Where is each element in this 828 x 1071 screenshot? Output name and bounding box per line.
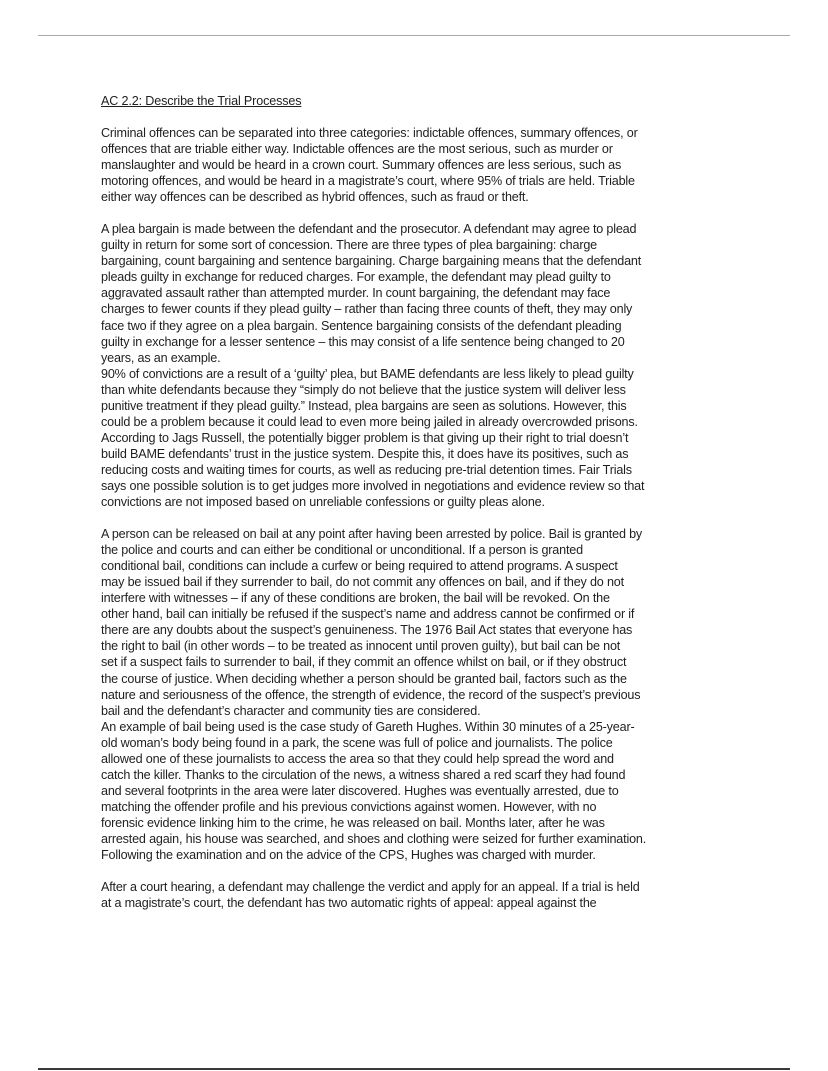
text-line: set if a suspect fails to surrender to b… — [101, 654, 741, 670]
text-line: may be issued bail if they surrender to … — [101, 574, 741, 590]
text-line: convictions are not imposed based on unr… — [101, 494, 741, 510]
paragraph-plea-bargain: A plea bargain is made between the defen… — [101, 221, 741, 365]
text-line: forensic evidence linking him to the cri… — [101, 815, 741, 831]
text-line: either way offences can be described as … — [101, 189, 741, 205]
text-line: guilty in return for some sort of conces… — [101, 237, 741, 253]
text-line: offences that are triable either way. In… — [101, 141, 741, 157]
text-line: there are any doubts about the suspect’s… — [101, 622, 741, 638]
text-line: says one possible solution is to get jud… — [101, 478, 741, 494]
text-line: nature and seriousness of the offence, t… — [101, 687, 741, 703]
text-line: catch the killer. Thanks to the circulat… — [101, 767, 741, 783]
text-line: A plea bargain is made between the defen… — [101, 221, 741, 237]
text-line: bail and the defendant’s character and c… — [101, 703, 741, 719]
text-line: aggravated assault rather than attempted… — [101, 285, 741, 301]
document-body: AC 2.2: Describe the Trial Processes Cri… — [101, 93, 741, 911]
text-line: After a court hearing, a defendant may c… — [101, 879, 741, 895]
text-line: manslaughter and would be heard in a cro… — [101, 157, 741, 173]
text-line: other hand, bail can initially be refuse… — [101, 606, 741, 622]
paragraph-case-study: An example of bail being used is the cas… — [101, 719, 741, 863]
paragraph-guilty-pleas: 90% of convictions are a result of a ‘gu… — [101, 366, 741, 510]
text-line: interfere with witnesses – if any of the… — [101, 590, 741, 606]
paragraph-bail: A person can be released on bail at any … — [101, 526, 741, 719]
page-top-rule — [38, 35, 790, 36]
text-line: than white defendants because they “simp… — [101, 382, 741, 398]
paragraph-spacer — [101, 205, 741, 221]
text-line: According to Jags Russell, the potential… — [101, 430, 741, 446]
paragraph-spacer — [101, 863, 741, 879]
text-line: A person can be released on bail at any … — [101, 526, 741, 542]
text-line: at a magistrate’s court, the defendant h… — [101, 895, 741, 911]
text-line: conditional bail, conditions can include… — [101, 558, 741, 574]
text-line: the right to bail (in other words – to b… — [101, 638, 741, 654]
text-line: bargaining, count bargaining and sentenc… — [101, 253, 741, 269]
text-line: allowed one of these journalists to acce… — [101, 751, 741, 767]
page-bottom-rule — [38, 1068, 790, 1070]
text-line: old woman’s body being found in a park, … — [101, 735, 741, 751]
text-line: pleads guilty in exchange for reduced ch… — [101, 269, 741, 285]
text-line: the course of justice. When deciding whe… — [101, 671, 741, 687]
text-line: charges to fewer counts if they plead gu… — [101, 301, 741, 317]
paragraph-spacer — [101, 510, 741, 526]
paragraph-offence-categories: Criminal offences can be separated into … — [101, 125, 741, 205]
text-line: arrested again, his house was searched, … — [101, 831, 741, 847]
text-line: punitive treatment if they plead guilty.… — [101, 398, 741, 414]
text-line: Following the examination and on the adv… — [101, 847, 741, 863]
document-title: AC 2.2: Describe the Trial Processes — [101, 93, 741, 109]
text-line: matching the offender profile and his pr… — [101, 799, 741, 815]
text-line: face two if they agree on a plea bargain… — [101, 318, 741, 334]
text-line: years, as an example. — [101, 350, 741, 366]
text-line: and several footprints in the area were … — [101, 783, 741, 799]
text-line: guilty in exchange for a lesser sentence… — [101, 334, 741, 350]
text-line: An example of bail being used is the cas… — [101, 719, 741, 735]
text-line: could be a problem because it could lead… — [101, 414, 741, 430]
paragraph-appeals: After a court hearing, a defendant may c… — [101, 879, 741, 911]
text-line: 90% of convictions are a result of a ‘gu… — [101, 366, 741, 382]
text-line: Criminal offences can be separated into … — [101, 125, 741, 141]
text-line: build BAME defendants’ trust in the just… — [101, 446, 741, 462]
text-line: reducing costs and waiting times for cou… — [101, 462, 741, 478]
text-line: the police and courts and can either be … — [101, 542, 741, 558]
text-line: motoring offences, and would be heard in… — [101, 173, 741, 189]
